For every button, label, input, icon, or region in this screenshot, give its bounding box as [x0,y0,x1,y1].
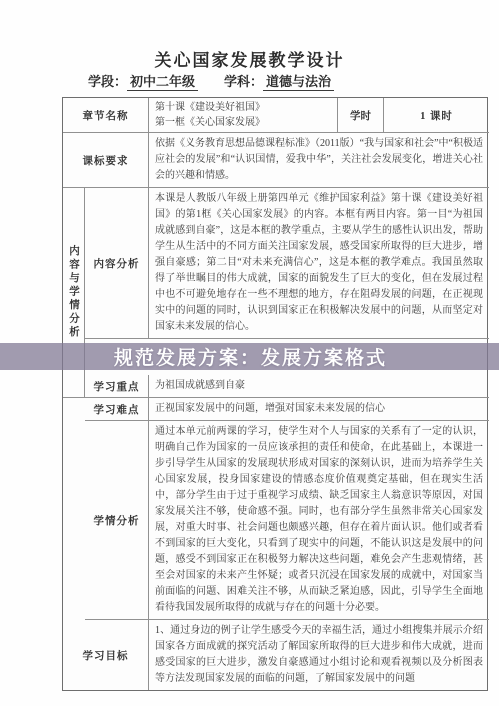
chapter-content-cell: 第十课《建设美好祖国》 第一框《关心国家发展》 [149,98,338,133]
chapter-label-cell: 章节名称 [63,98,149,133]
subject-label: 学科： [224,74,263,89]
key-point-content-cell: 为祖国成就感到自豪 [149,375,489,398]
document-header: 关心国家发展教学设计 学段：初中二年级学科：道德与法治 [0,0,499,92]
chapter-line-2: 第一框《关心国家发展》 [155,115,331,130]
subject-value: 道德与法治 [263,74,334,91]
grade-value: 初中二年级 [127,74,198,91]
objective-content-cell: 1、通过身边的例子让学生感受今天的幸福生活，通过小组搜集并展示介绍国家各方面成就… [149,620,489,690]
key-point-label-cell: 学习重点 [85,375,149,398]
hours-label-cell: 学时 [338,98,384,133]
objective-label-cell: 学习目标 [63,620,149,690]
chapter-line-1: 第十课《建设美好祖国》 [155,100,331,115]
content-analysis-content-cell: 本课是人教版八年级上册第四单元《维护国家利益》第十课《建设美好祖国》的第1框《关… [149,188,489,339]
standard-content-cell: 依据《义务教育思想品德课程标准》（2011版）“我与国家和社会”中“积极适应社会… [149,133,489,188]
teaching-design-table: 章节名称 第十课《建设美好祖国》 第一框《关心国家发展》 学时 1 课时 课标要… [62,97,488,691]
difficult-point-content-cell: 正视国家发展中的问题，增强对国家未来发展的信心 [149,398,489,421]
watermark-banner-text: 规范发展方案：发展方案格式 [114,343,387,370]
learner-analysis-content-cell: 通过本单元前两课的学习，使学生对个人与国家的关系有了一定的认识，明确自己作为国家… [149,421,489,620]
page-title: 关心国家发展教学设计 [0,50,499,72]
content-analysis-label-cell: 内容分析 [85,188,149,339]
grade-label: 学段： [88,74,127,89]
standard-label-cell: 课标要求 [63,133,149,188]
document-page: 关心国家发展教学设计 学段：初中二年级学科：道德与法治 章节名称 第十课《建设美… [0,0,499,706]
meta-line: 学段：初中二年级学科：道德与法治 [0,72,499,92]
learner-analysis-label-cell: 学情分析 [85,421,149,620]
side-label-cell: 内容与学情分析 [63,188,85,398]
hours-value-cell: 1 课时 [384,98,489,133]
difficult-point-label-cell: 学习难点 [85,398,149,421]
